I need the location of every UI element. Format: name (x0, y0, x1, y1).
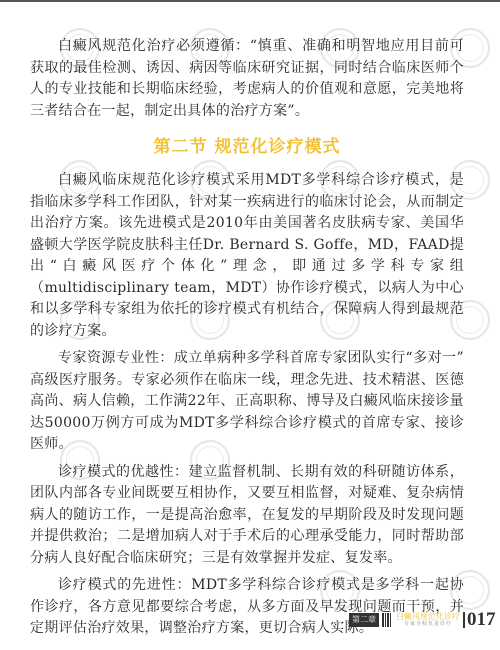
chapter-badge: 第二章 (349, 613, 379, 627)
page-footer: 第二章 白癜风规范化诊疗 专家全程负责诊疗 017 (349, 610, 496, 630)
bars-decoration-icon (382, 613, 391, 627)
book-subtitle: 专家全程负责诊疗 (404, 621, 452, 628)
section-title: 第二节 规范化诊疗模式 (30, 136, 464, 158)
document-body: 白癜风规范化治疗必须遵循：“慎重、准确和明智地应用目前可获取的最佳检测、诱因、病… (30, 36, 464, 646)
paragraph-expert-resources: 专家资源专业性：成立单病种多学科首席专家团队实行“多对一” 高级医疗服务。专家必… (30, 348, 464, 456)
paragraph-mdt-model: 白癜风临床规范化诊疗模式采用MDT多学科综合诊疗模式，是指临床多学科工作团队，针… (30, 170, 464, 342)
page-number: 017 (467, 610, 496, 630)
paragraph-treatment-principle: 白癜风规范化治疗必须遵循：“慎重、准确和明智地应用目前可获取的最佳检测、诱因、病… (30, 36, 464, 122)
book-title: 白癜风规范化诊疗 (396, 612, 460, 621)
page-separator (463, 612, 465, 628)
top-rule (0, 0, 500, 2)
running-header: 白癜风规范化诊疗 专家全程负责诊疗 (396, 612, 460, 628)
paragraph-model-advantages: 诊疗模式的优越性：建立监督机制、长期有效的科研随访体系，团队内部各专业间既要互相… (30, 462, 464, 570)
